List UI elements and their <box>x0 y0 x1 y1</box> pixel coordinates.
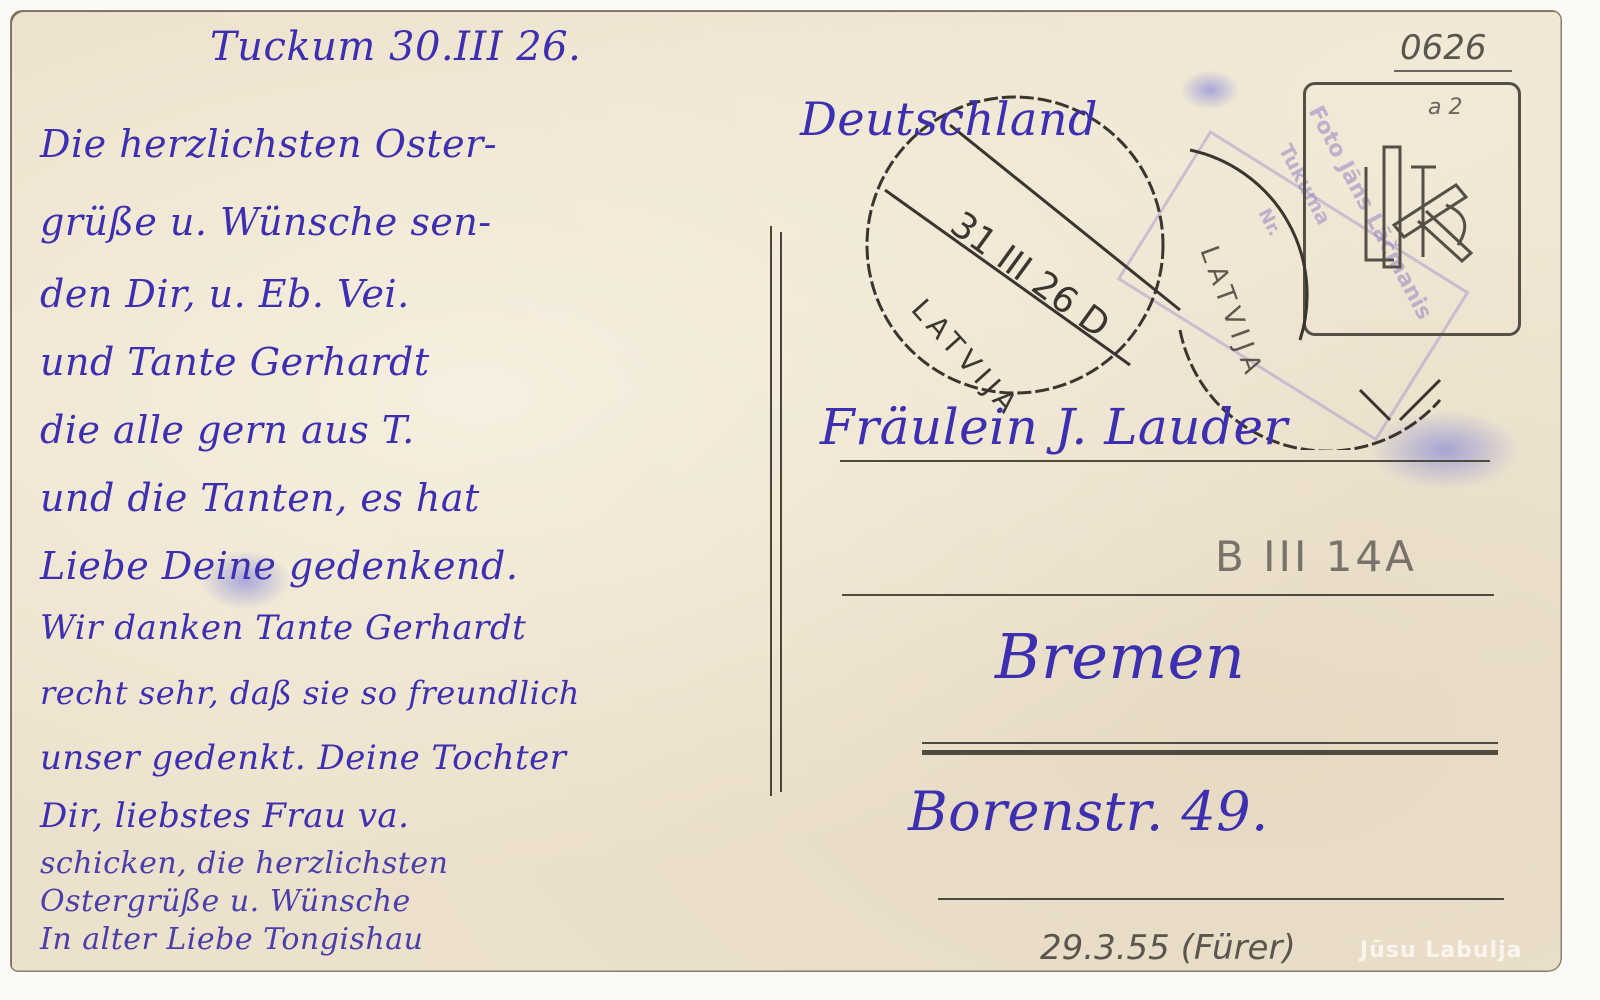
address-line-1 <box>840 460 1490 462</box>
archive-number-underline <box>1394 70 1512 72</box>
address-line-3b <box>922 750 1498 755</box>
ink-blot <box>1180 70 1240 110</box>
message-line: Dir, liebstes Frau va. <box>40 796 410 836</box>
recipient-street: Borenstr. 49. <box>908 780 1269 843</box>
message-line: Liebe Deine gedenkend. <box>40 544 518 588</box>
postmark-date: 31 III 26 D <box>943 204 1117 346</box>
pencil-date-note: 29.3.55 (Fürer) <box>1040 928 1296 968</box>
ltk-monogram-icon <box>1306 85 1518 333</box>
message-heading-date: Tuckum 30.III 26. <box>210 24 581 70</box>
watermark: Jūsu Labulja <box>1360 938 1522 963</box>
recipient-city: Bremen <box>995 620 1245 693</box>
destination-country: Deutschland <box>800 92 1098 146</box>
message-line: In alter Liebe Tongishau <box>40 922 423 957</box>
message-line: den Dir, u. Eb. Vei. <box>40 272 410 316</box>
message-line: unser gedenkt. Deine Tochter <box>40 738 567 778</box>
archive-number: 0626 <box>1400 28 1487 68</box>
message-line: die alle gern aus T. <box>40 408 415 452</box>
message-line: Die herzlichsten Oster- <box>40 122 497 166</box>
postcard: Foto Jāns Lāčmanis Tukuma Nr. a 2 0626 <box>10 10 1562 972</box>
stamp-place-box <box>1303 82 1521 336</box>
message-line: und die Tanten, es hat <box>40 476 480 520</box>
recipient-name: Fräulein J. Lauder <box>820 398 1288 456</box>
address-line-4 <box>938 898 1504 900</box>
center-divider-line <box>780 232 782 792</box>
message-line: grüße u. Wünsche sen- <box>40 200 492 244</box>
logo-annotation: a 2 <box>1428 95 1462 120</box>
catalog-code: B III 14A <box>1215 532 1417 581</box>
address-line-2 <box>842 594 1494 596</box>
message-line: und Tante Gerhardt <box>40 340 430 384</box>
message-line: Wir danken Tante Gerhardt <box>40 608 526 648</box>
address-line-3 <box>922 742 1498 744</box>
message-line: Ostergrüße u. Wünsche <box>40 884 411 919</box>
message-line: recht sehr, daß sie so freundlich <box>40 674 580 712</box>
message-line: schicken, die herzlichsten <box>40 846 448 881</box>
ink-blot <box>1370 410 1520 490</box>
center-divider-line <box>770 226 772 796</box>
